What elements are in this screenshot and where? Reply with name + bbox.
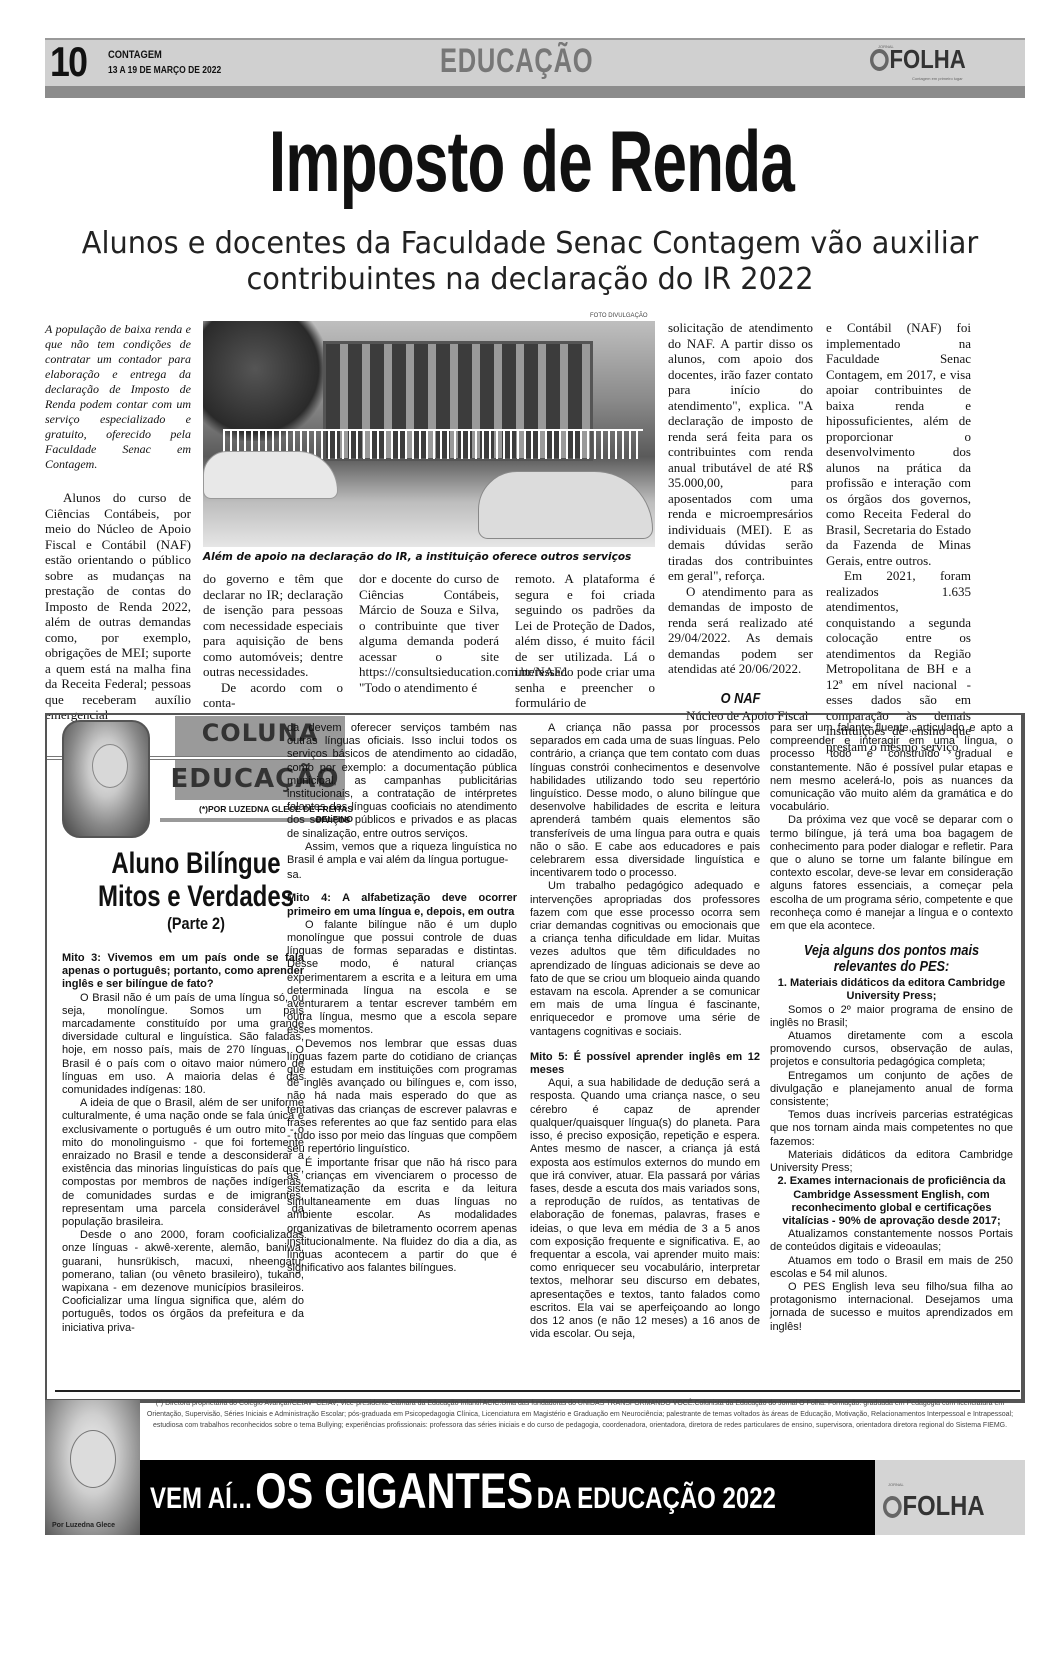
header-city: CONTAGEM — [108, 49, 162, 61]
header-date: 13 A 19 DE MARÇO DE 2022 — [108, 65, 221, 76]
column-text-3: A criança não passa por processos separa… — [530, 722, 760, 1341]
banner-text: VEM AÍ... OS GIGANTES DA EDUCAÇÃO 2022 — [150, 1462, 776, 1520]
photo-credit: FOTO DIVULGAÇÃO — [590, 313, 648, 319]
portrait-label: Por Luzedna Glece — [52, 1522, 115, 1529]
author-footnote: (*) Diretora proprietária do Colégio Ava… — [140, 1398, 1020, 1431]
car-shape — [478, 471, 653, 539]
building-photo — [203, 321, 655, 547]
banner-logo-small: JORNAL — [888, 1482, 904, 1487]
article-column-3: dor e docente do curso de Ciências Contá… — [359, 571, 499, 695]
folha-logo: FOLHA — [870, 44, 966, 75]
banner-author-portrait — [45, 1400, 140, 1535]
page-number: 10 — [50, 40, 86, 84]
photo-caption: Além de apoio na declaração do IR, a ins… — [203, 551, 655, 563]
column-title: Aluno Bilíngue Mitos e Verdades — [77, 847, 315, 913]
article-column-4: remoto. A plataforma é segura e foi cria… — [515, 571, 655, 711]
pes-item-1: 1. Materiais didáticos da editora Cambri… — [770, 977, 1013, 1003]
logo-ring-icon — [870, 49, 889, 71]
mito-4-heading: Mito 4: A alfabetização deve ocorrer pri… — [287, 892, 517, 918]
headline: Imposto de Renda — [149, 112, 914, 212]
logo-ring-icon — [883, 1496, 902, 1518]
car-shape — [203, 451, 338, 499]
portrait-face-shape — [70, 1430, 116, 1488]
portrait-face-shape — [92, 744, 128, 788]
header-divider — [45, 86, 1025, 98]
article-column-2: do governo e têm que declarar no IR; dec… — [203, 571, 343, 711]
footnote-divider — [55, 1390, 1020, 1392]
article-column-1: Alunos do curso de Ciências Contábeis, p… — [45, 490, 191, 723]
subheadline: Alunos e docentes da Faculdade Senac Con… — [69, 226, 991, 298]
article-column-5: solicitação de atendimento do NAF. A par… — [668, 320, 813, 724]
banner-folha-logo: FOLHA — [883, 1490, 985, 1522]
logo-tagline: Contagem em primeiro lugar — [912, 76, 963, 81]
article-lead: A população de baixa renda e que não tem… — [45, 322, 191, 472]
tree-shape — [203, 321, 333, 441]
section-title: Educação — [440, 42, 593, 81]
mito-3-heading: Mito 3: Vivemos em um país onde se fala … — [62, 952, 304, 992]
column-part: (Parte 2) — [69, 914, 322, 934]
pes-heading: Veja alguns dos pontos mais relevantes d… — [788, 943, 995, 975]
article-column-6: e Contábil (NAF) foi implementado na Fac… — [826, 320, 971, 754]
column-text-1: Mito 3: Vivemos em um país onde se fala … — [62, 948, 304, 1335]
pes-item-2: 2. Exames internacionais de proficiência… — [770, 1175, 1013, 1228]
column-text-2: da devem oferecer serviços também nas ou… — [287, 722, 517, 1275]
author-portrait — [62, 720, 150, 838]
column-text-4: para ser um falante fluente, articulado … — [770, 722, 1013, 1334]
mito-5-heading: Mito 5: É possível aprender inglês em 12… — [530, 1051, 760, 1077]
naf-subheading: O NAF — [679, 691, 802, 707]
